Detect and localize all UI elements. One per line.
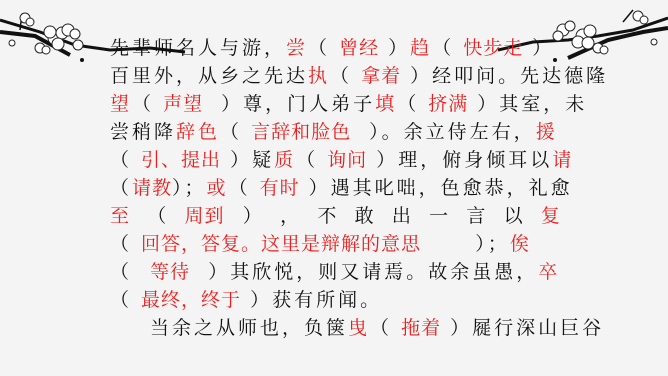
text-segment: 敢 [355,202,374,230]
text-segment: （ [432,34,463,62]
passage-line: （请教）；或（ 有时 ）遇其叱咄，色愈恭，礼愈 [110,174,560,202]
keyword: 质 [274,146,296,174]
keyword: 辞色 [176,118,220,146]
annotation: 快步走 [463,34,523,62]
keyword: 复 [541,202,560,230]
annotation: 拖着 [401,314,441,342]
text-segment: 出 [392,202,411,230]
text-segment: ）屣行深山巨谷 [441,314,604,342]
passage-line: （ 最终，终于 ）获有所闻。 [110,286,560,314]
keyword: 填 [375,90,397,118]
text-segment: ）遇其叱咄，色愈恭，礼愈 [300,174,573,202]
annotation: 拿着 [361,62,401,90]
annotation: 请教 [132,174,172,202]
text-segment: （ [132,90,163,118]
text-segment: （ [110,258,150,286]
text-segment: （ [110,146,141,174]
text-segment: （ [330,62,361,90]
text-segment: ）其欣悦，则又请焉。故余虽愚， [190,258,538,286]
annotation: 等待 [150,258,190,286]
keyword: 援 [536,118,558,146]
passage-line: 至（周到），不敢出一言以复 [110,202,560,230]
annotation: 最终，终于 [141,286,241,314]
passage-line: （ 回答，答复。这里是辩解的意思 ）；俟 [110,230,560,258]
text-segment: ） [243,202,262,230]
text-segment: （ [110,286,141,314]
keyword: 趋 [410,34,432,62]
passage-line: （ 等待 ）其欣悦，则又请焉。故余虽愚，卒 [110,258,560,286]
text-segment: ， [280,202,299,230]
text-segment: ）理，俯身倾耳以 [367,146,552,174]
keyword: 尝 [286,34,308,62]
text-segment: ） [379,34,410,62]
keyword: 望 [110,90,132,118]
text-segment: ）经叩问。先达德隆 [401,62,608,90]
passage-line: 尝稍降辞色（ 言辞和脸色 ）。余立侍左右，援 [110,118,560,146]
text-segment: （ [220,118,251,146]
text-segment: 不 [317,202,336,230]
text-segment: 一 [429,202,448,230]
text-segment: 尝稍降 [110,118,176,146]
text-segment: （ [296,146,327,174]
keyword: 执 [308,62,330,90]
text-segment: ） [523,34,554,62]
annotation: 引、提出 [141,146,221,174]
text-segment: ）其室，未 [468,90,587,118]
annotation: 言辞和脸色 [251,118,351,146]
annotation: 曾经 [339,34,379,62]
text-segment: ）尊，门人弟子 [203,90,375,118]
keyword: 曳 [348,314,370,342]
passage-line: （ 引、提出 ）疑质（ 询问 ）理，俯身倾耳以请 [110,146,560,174]
text-segment: （ [370,314,401,342]
text-segment: （ [110,174,132,202]
text-segment: 以 [504,202,523,230]
text-segment: ）； [172,174,207,202]
passage-line: 百里外，从乡之先达执（ 拿着 ）经叩问。先达德隆 [110,62,560,90]
keyword: 至 [110,202,129,230]
passage-line: 望（ 声望 ）尊，门人弟子填（ 挤满 ）其室，未 [110,90,560,118]
keyword: 或 [207,174,229,202]
text-segment: 先辈师名人与游， [110,34,286,62]
annotation: 回答，答复。这里是辩解的意思 [141,230,421,258]
text-segment: ）。余立侍左右， [351,118,536,146]
text-segment: （ [110,230,141,258]
text-segment: （ [397,90,428,118]
annotation: 询问 [327,146,367,174]
passage-line: 先辈师名人与游，尝（ 曾经 ）趋（ 快步走 ） [110,34,560,62]
text-segment: 百里外，从乡之先达 [110,62,308,90]
annotation: 有时 [260,174,300,202]
text-segment: ）获有所闻。 [241,286,382,314]
text-segment: ）； [421,230,510,258]
annotation: 周到 [185,202,225,230]
text-segment: （ [147,202,166,230]
text-segment: （ [229,174,260,202]
annotation: 挤满 [428,90,468,118]
keyword: 请 [552,146,574,174]
keyword: 卒 [538,258,560,286]
annotation: 声望 [163,90,203,118]
text-segment: ）疑 [221,146,274,174]
text-segment: 言 [466,202,485,230]
classical-chinese-passage: 先辈师名人与游，尝（ 曾经 ）趋（ 快步走 ）百里外，从乡之先达执（ 拿着 ）经… [110,34,560,342]
text-segment: （ [308,34,339,62]
keyword: 俟 [510,230,532,258]
text-segment: 当余之从师也，负箧 [150,314,348,342]
passage-line: 当余之从师也，负箧曳（ 拖着 ）屣行深山巨谷 [110,314,560,342]
